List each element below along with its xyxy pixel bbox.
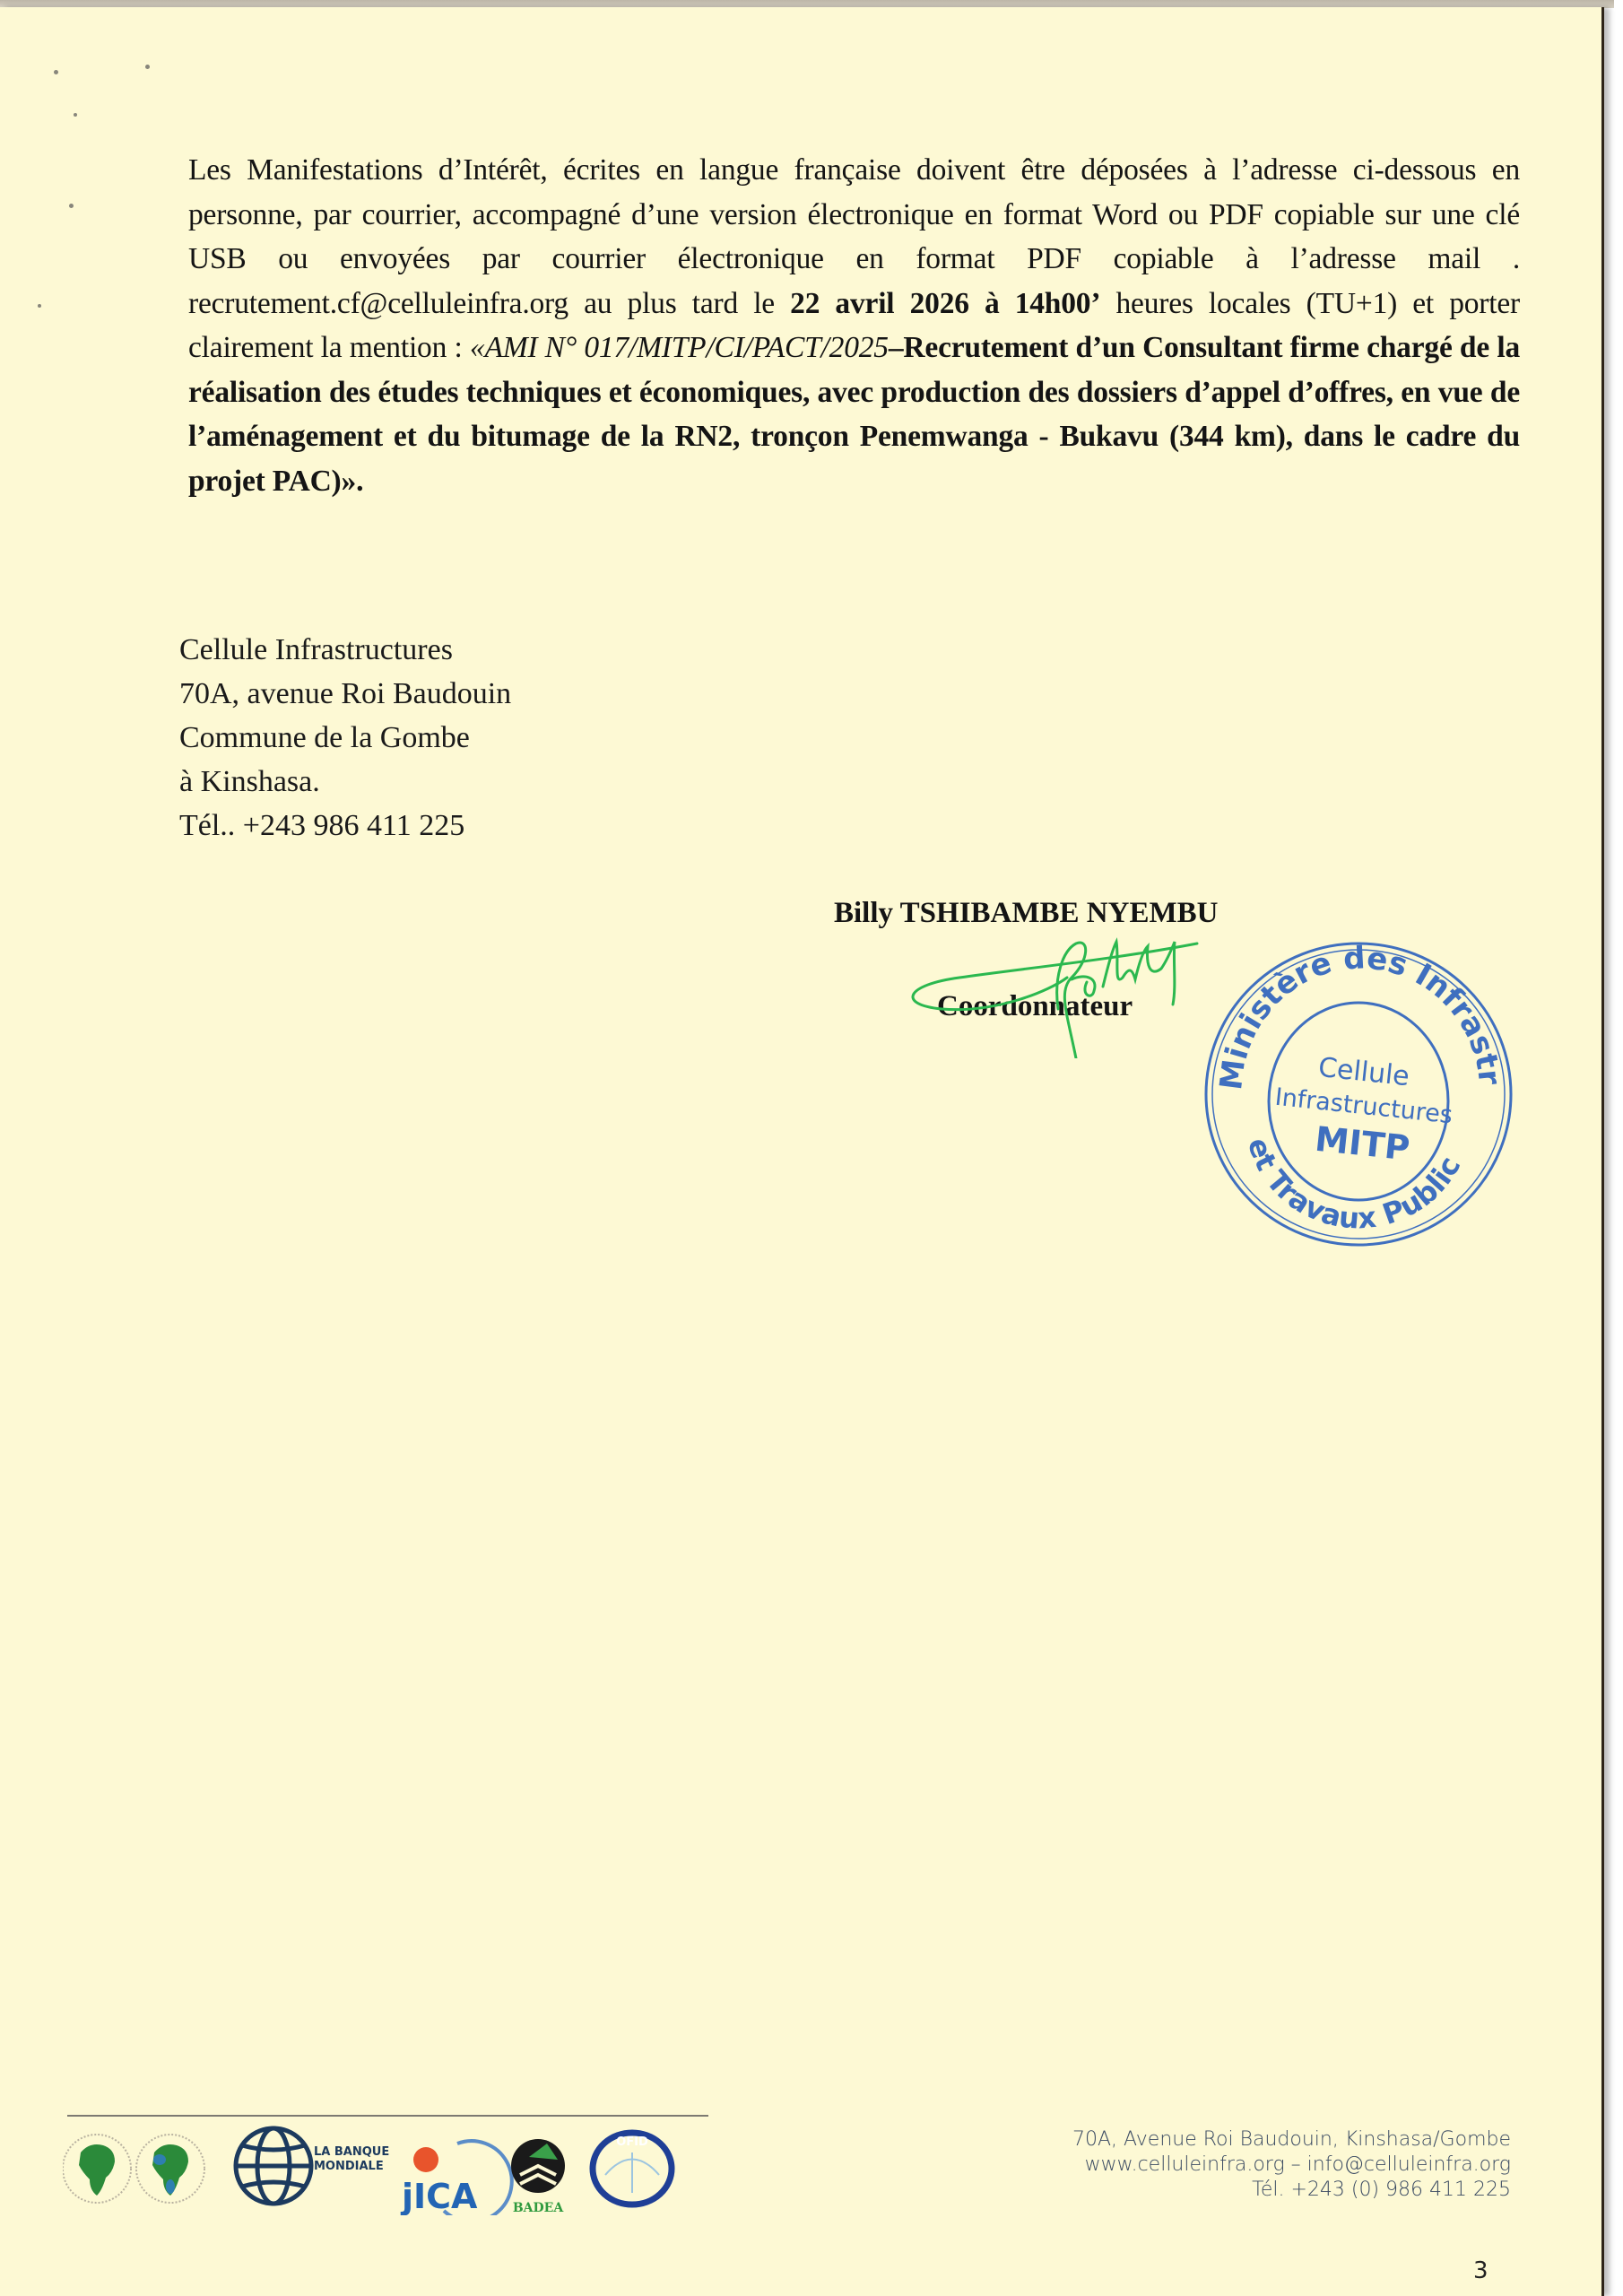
footer-contact: 70A, Avenue Roi Baudouin, Kinshasa/Gombe…	[1072, 2127, 1511, 2203]
world-bank-label-2: MONDIALE	[314, 2160, 389, 2174]
postal-address: Cellule Infrastructures 70A, avenue Roi …	[179, 628, 511, 848]
handwritten-signature	[888, 924, 1211, 1058]
address-line: Tél.. +243 986 411 225	[179, 804, 511, 848]
reference-number: «AMI N° 017/MITP/CI/PACT/2025	[470, 331, 889, 364]
adf-logo	[136, 2135, 204, 2203]
stamp-center-1: Cellule	[1316, 1052, 1410, 1092]
deadline: 22 avril 2026 à 14h00’	[790, 287, 1100, 320]
address-line: Commune de la Gombe	[179, 716, 511, 760]
footer-phone: Tél. +243 (0) 986 411 225	[1072, 2178, 1511, 2203]
scan-speck	[145, 65, 150, 69]
address-line: Cellule Infrastructures	[179, 628, 511, 672]
stamp-center-2: Infrastructures	[1273, 1083, 1454, 1130]
jica-logo: jICA	[400, 2141, 512, 2215]
scan-speck	[69, 204, 74, 208]
world-bank-label: LA BANQUE MONDIALE	[314, 2145, 389, 2174]
stamp-center-3: MITP	[1313, 1119, 1411, 1169]
svg-text:OFID: OFID	[616, 2135, 648, 2149]
scan-speck	[54, 70, 58, 74]
scan-speck	[38, 304, 41, 308]
world-bank-label-1: LA BANQUE	[314, 2145, 389, 2160]
body-paragraph: Les Manifestations d’Intérêt, écrites en…	[188, 148, 1520, 503]
page-number: 3	[1473, 2257, 1488, 2284]
svg-text:BADEA: BADEA	[513, 2201, 565, 2215]
address-line: 70A, avenue Roi Baudouin	[179, 672, 511, 716]
official-stamp: Ministère des Infrastructures et Travaux…	[1193, 924, 1515, 1256]
footer-divider	[67, 2115, 708, 2117]
badea-logo: BADEA	[511, 2139, 565, 2215]
scan-speck	[74, 113, 77, 117]
address-line: à Kinshasa.	[179, 760, 511, 804]
afdb-logo	[63, 2135, 131, 2203]
ofid-logo: OFID	[593, 2133, 672, 2205]
footer-address: 70A, Avenue Roi Baudouin, Kinshasa/Gombe	[1072, 2127, 1511, 2152]
footer-web-email: www.celluleinfra.org – info@celluleinfra…	[1072, 2152, 1511, 2178]
svg-text:jICA: jICA	[400, 2177, 478, 2215]
world-bank-logo	[236, 2128, 311, 2204]
